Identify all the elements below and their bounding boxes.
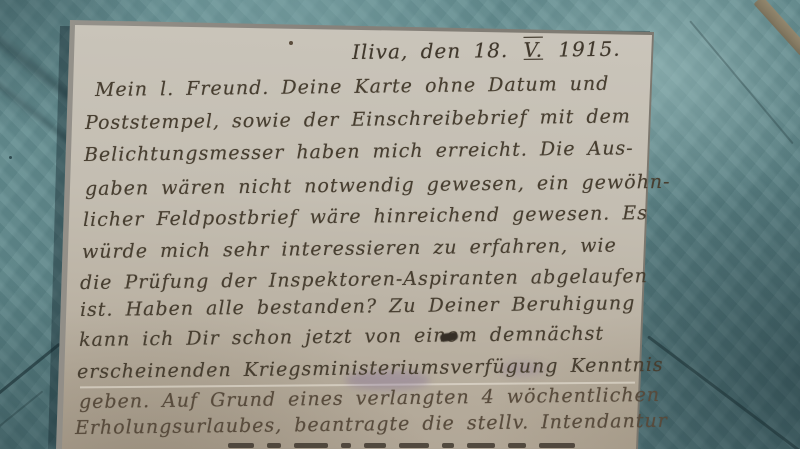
dateline-month-roman: V.	[524, 38, 544, 62]
table-speck	[9, 156, 12, 159]
dateline-year: 1915.	[558, 37, 621, 62]
dateline: Iliva, den 18. V. 1915.	[352, 36, 621, 65]
clipped-next-line-ink-tops	[228, 443, 575, 448]
paper-speck	[289, 41, 293, 45]
dateline-place-day: Iliva, den 18.	[352, 38, 509, 64]
